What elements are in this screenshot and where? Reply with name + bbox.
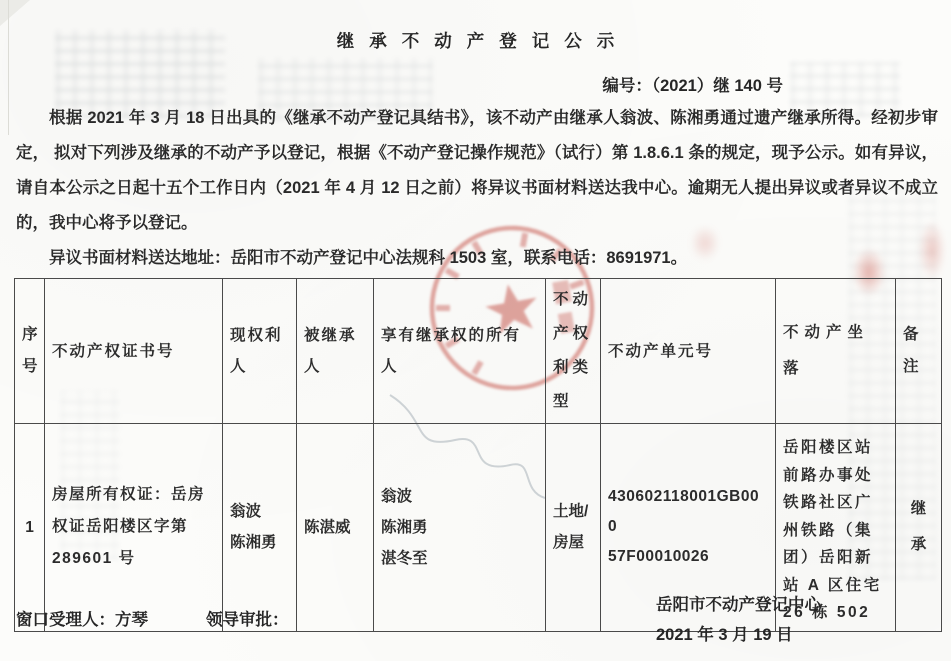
column-header-decedent: 被继承人 bbox=[297, 279, 374, 424]
doc-number: 编号：（2021）继 140 号 bbox=[602, 72, 783, 96]
notice-body: 根据 2021 年 3 月 18 日出具的《继承不动产登记具结书》，该不动产由继… bbox=[16, 101, 938, 276]
page-title: 继承不动产登记公示 bbox=[0, 28, 951, 53]
notice-paragraph: 根据 2021 年 3 月 18 日出具的《继承不动产登记具结书》，该不动产由继… bbox=[16, 101, 938, 241]
cell-heirs: 翁波 陈湘勇 湛冬至 bbox=[374, 424, 546, 632]
window-receiver-label: 窗口受理人：方琴 bbox=[16, 606, 148, 630]
remark-text: 继承 bbox=[910, 491, 928, 563]
column-header-right-type: 不动产权利类型 bbox=[546, 279, 601, 424]
issue-date: 2021 年 3 月 19 日 bbox=[656, 621, 793, 645]
cell-seq: 1 bbox=[15, 424, 45, 632]
column-header-unit-no: 不动产单元号 bbox=[601, 279, 776, 424]
cell-current-holder: 翁波 陈湘勇 bbox=[223, 424, 297, 632]
scanned-document-page: 继承不动产登记公示 编号：（2021）继 140 号 根据 2021 年 3 月… bbox=[0, 0, 951, 661]
cell-decedent: 陈湛威 bbox=[297, 424, 374, 632]
scan-corner-fold bbox=[0, 0, 30, 26]
property-registration-table: 序号 不动产权证书号 现权利人 被继承人 享有继承权的所有人 不动产权利类型 不… bbox=[14, 278, 942, 632]
table-header-row: 序号 不动产权证书号 现权利人 被继承人 享有继承权的所有人 不动产权利类型 不… bbox=[15, 279, 942, 424]
scan-edge-line bbox=[8, 0, 9, 135]
column-header-location: 不动产坐落 bbox=[776, 279, 896, 424]
issuing-org: 岳阳市不动产登记中心 bbox=[656, 591, 821, 615]
cell-right-type: 土地/ 房屋 bbox=[546, 424, 601, 632]
objection-address-line: 异议书面材料送达地址：岳阳市不动产登记中心法规科 1503 室，联系电话：869… bbox=[16, 241, 938, 276]
column-header-current-holder: 现权利人 bbox=[223, 279, 297, 424]
leader-approval-label: 领导审批： bbox=[206, 606, 289, 630]
column-header-heirs: 享有继承权的所有人 bbox=[374, 279, 546, 424]
column-header-seq: 序号 bbox=[15, 279, 45, 424]
column-header-cert-no: 不动产权证书号 bbox=[45, 279, 223, 424]
cell-remark: 继承 bbox=[896, 424, 942, 632]
cell-cert-no: 房屋所有权证：岳房权证岳阳楼区字第 289601 号 bbox=[45, 424, 223, 632]
column-header-remark: 备注 bbox=[896, 279, 942, 424]
